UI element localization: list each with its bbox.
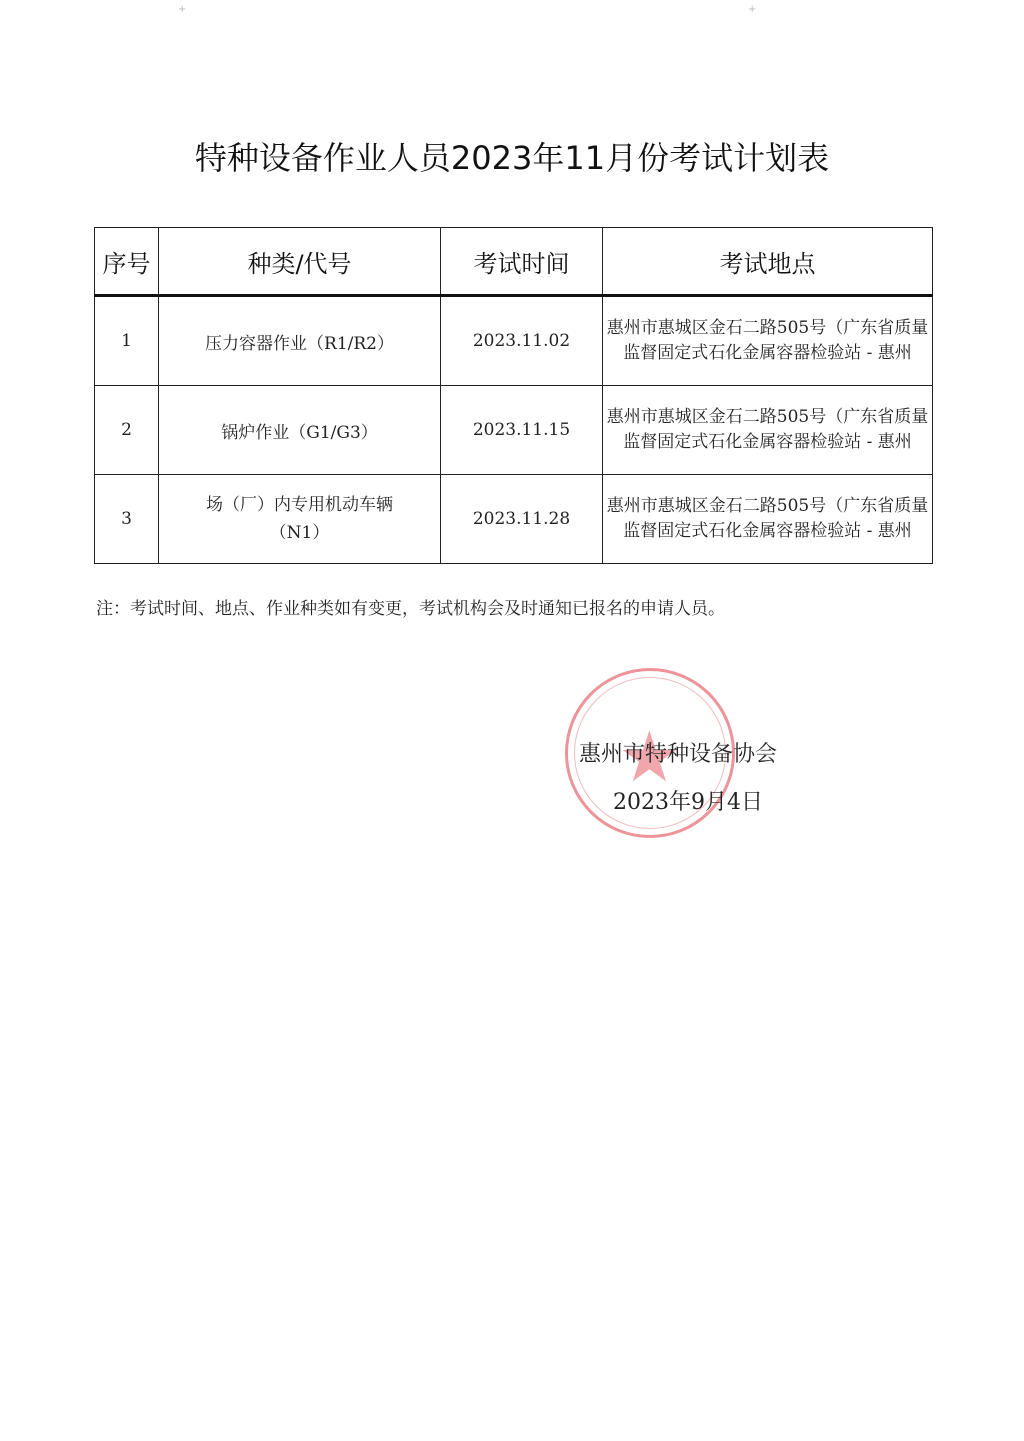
table-row: 3 场（厂）内专用机动车辆（N1） 2023.11.28 惠州市惠城区金石二路5… xyxy=(95,475,933,564)
row-type: 场（厂）内专用机动车辆（N1） xyxy=(159,475,441,564)
page-title: 特种设备作业人员2023年11月份考试计划表 xyxy=(0,133,1024,179)
table-row: 2 锅炉作业（G1/G3） 2023.11.15 惠州市惠城区金石二路505号（… xyxy=(95,386,933,475)
scan-mark: + xyxy=(178,4,186,15)
header-type: 种类/代号 xyxy=(159,228,441,296)
signature-organization: 惠州市特种设备协会 xyxy=(579,737,777,768)
row-location: 惠州市惠城区金石二路505号（广东省质量监督固定式石化金属容器检验站 - 惠州 xyxy=(603,475,933,564)
row-date: 2023.11.28 xyxy=(441,475,603,564)
note-text: 注：考试时间、地点、作业种类如有变更，考试机构会及时通知已报名的申请人员。 xyxy=(96,594,725,619)
table-header-row: 序号 种类/代号 考试时间 考试地点 xyxy=(95,228,933,296)
row-location: 惠州市惠城区金石二路505号（广东省质量监督固定式石化金属容器检验站 - 惠州 xyxy=(603,296,933,386)
header-location: 考试地点 xyxy=(603,228,933,296)
row-date: 2023.11.02 xyxy=(441,296,603,386)
header-no: 序号 xyxy=(95,228,159,296)
exam-plan-table: 序号 种类/代号 考试时间 考试地点 1 压力容器作业（R1/R2） 2023.… xyxy=(94,227,933,564)
row-type: 锅炉作业（G1/G3） xyxy=(159,386,441,475)
header-date: 考试时间 xyxy=(441,228,603,296)
row-no: 2 xyxy=(95,386,159,475)
table-row: 1 压力容器作业（R1/R2） 2023.11.02 惠州市惠城区金石二路505… xyxy=(95,296,933,386)
signature-date: 2023年9月4日 xyxy=(613,785,763,816)
row-location: 惠州市惠城区金石二路505号（广东省质量监督固定式石化金属容器检验站 - 惠州 xyxy=(603,386,933,475)
row-date: 2023.11.15 xyxy=(441,386,603,475)
row-no: 3 xyxy=(95,475,159,564)
scan-mark: + xyxy=(748,4,756,15)
row-no: 1 xyxy=(95,296,159,386)
row-type: 压力容器作业（R1/R2） xyxy=(159,296,441,386)
